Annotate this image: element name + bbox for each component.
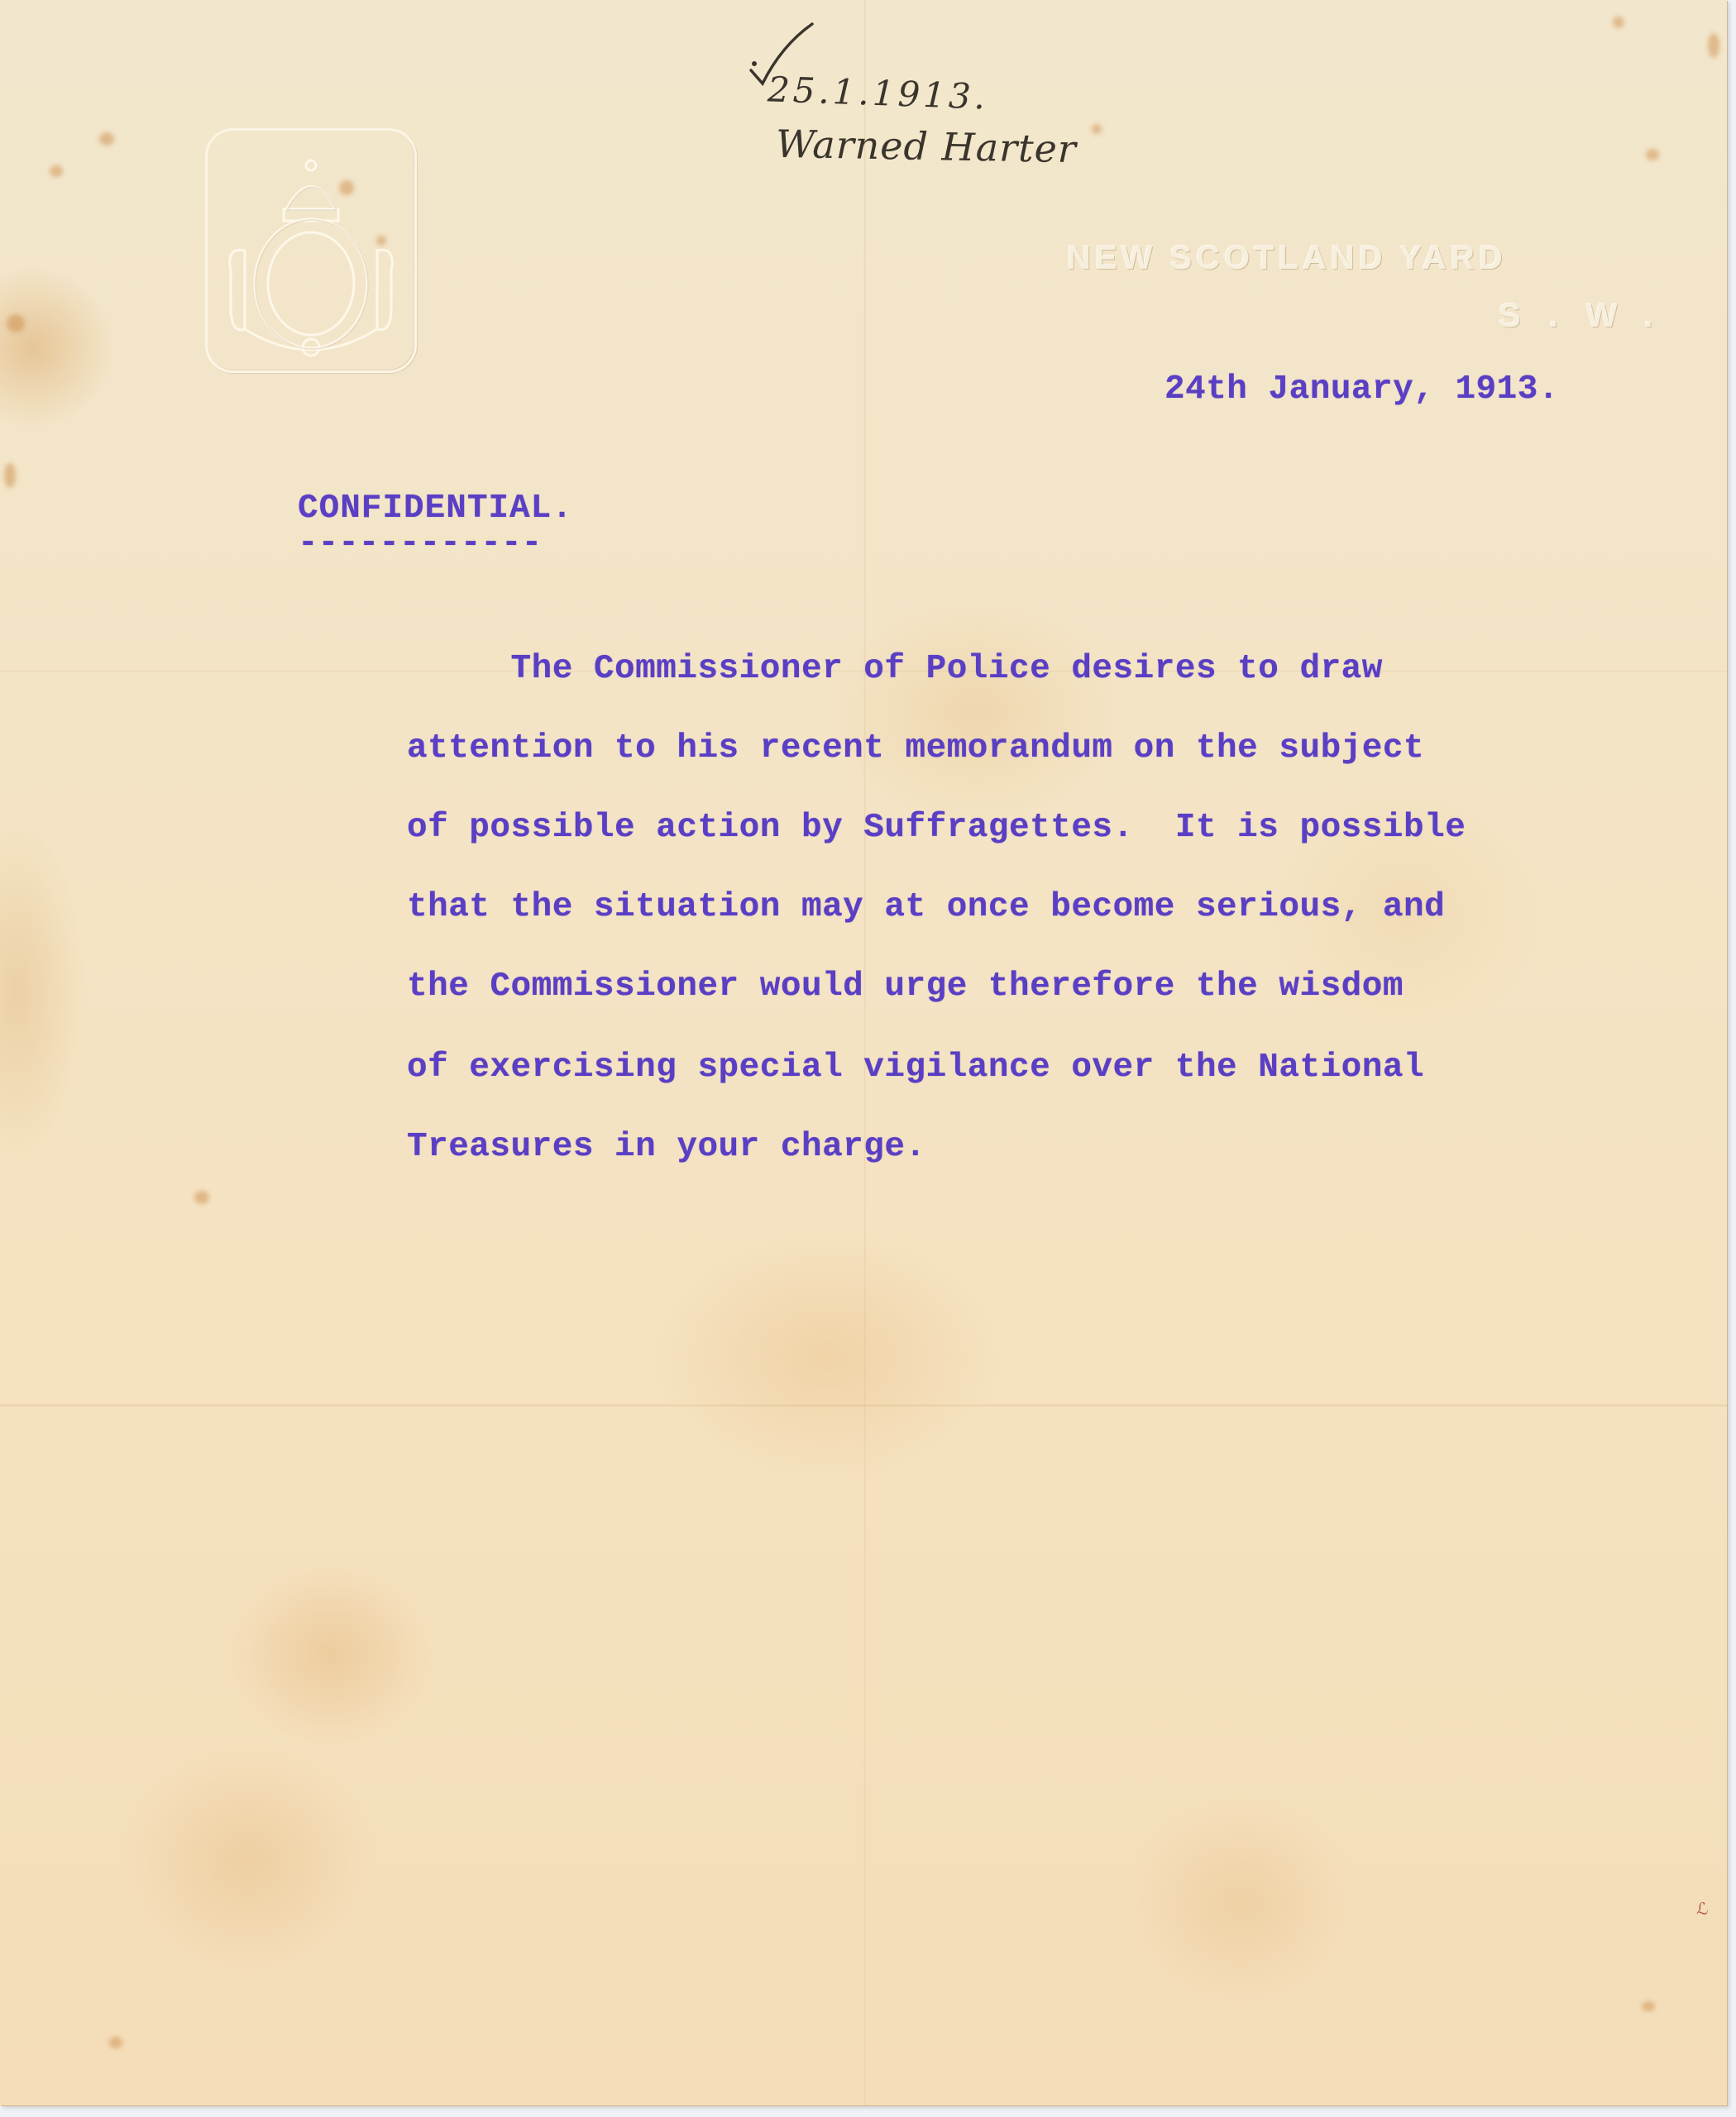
archival-mark: ℒ xyxy=(1696,1899,1708,1919)
body-line: attention to his recent memorandum on th… xyxy=(407,729,1424,767)
foxing-spot xyxy=(1642,2001,1655,2011)
foxing-spot xyxy=(109,2037,122,2048)
handwritten-date: 25.1.1913. xyxy=(767,69,989,117)
handwritten-note: Warned Harter xyxy=(776,122,1078,171)
confidential-heading: CONFIDENTIAL. xyxy=(298,490,573,528)
crown-crest-icon xyxy=(208,131,414,370)
body-line: The Commissioner of Police desires to dr… xyxy=(407,650,1383,688)
heading-underline: ------------ xyxy=(298,524,542,562)
foxing-spot xyxy=(99,132,114,146)
foxing-spot xyxy=(1708,33,1719,58)
foxing-spot xyxy=(4,463,16,488)
letterhead-district: S.W. xyxy=(1499,298,1681,335)
body-line: Treasures in your charge. xyxy=(407,1128,926,1166)
foxing-spot xyxy=(1646,149,1659,160)
letter-date: 24th January, 1913. xyxy=(1165,370,1559,409)
letterhead-address: NEW SCOTLAND YARD xyxy=(1067,240,1507,277)
foxing-spot xyxy=(1092,124,1102,134)
foxing-spot xyxy=(194,1191,209,1204)
foxing-spot xyxy=(7,314,25,332)
foxing-spot xyxy=(50,165,63,177)
body-line: of possible action by Suffragettes. It i… xyxy=(407,809,1466,847)
letter-page: NEW SCOTLAND YARD S.W. 25.1.1913. Warned… xyxy=(0,0,1727,2105)
body-line: the Commissioner would urge therefore th… xyxy=(407,968,1404,1006)
body-line: that the situation may at once become se… xyxy=(407,888,1445,926)
foxing-spot xyxy=(1613,17,1624,28)
body-line: of exercising special vigilance over the… xyxy=(407,1049,1424,1087)
embossed-crest xyxy=(205,128,417,373)
